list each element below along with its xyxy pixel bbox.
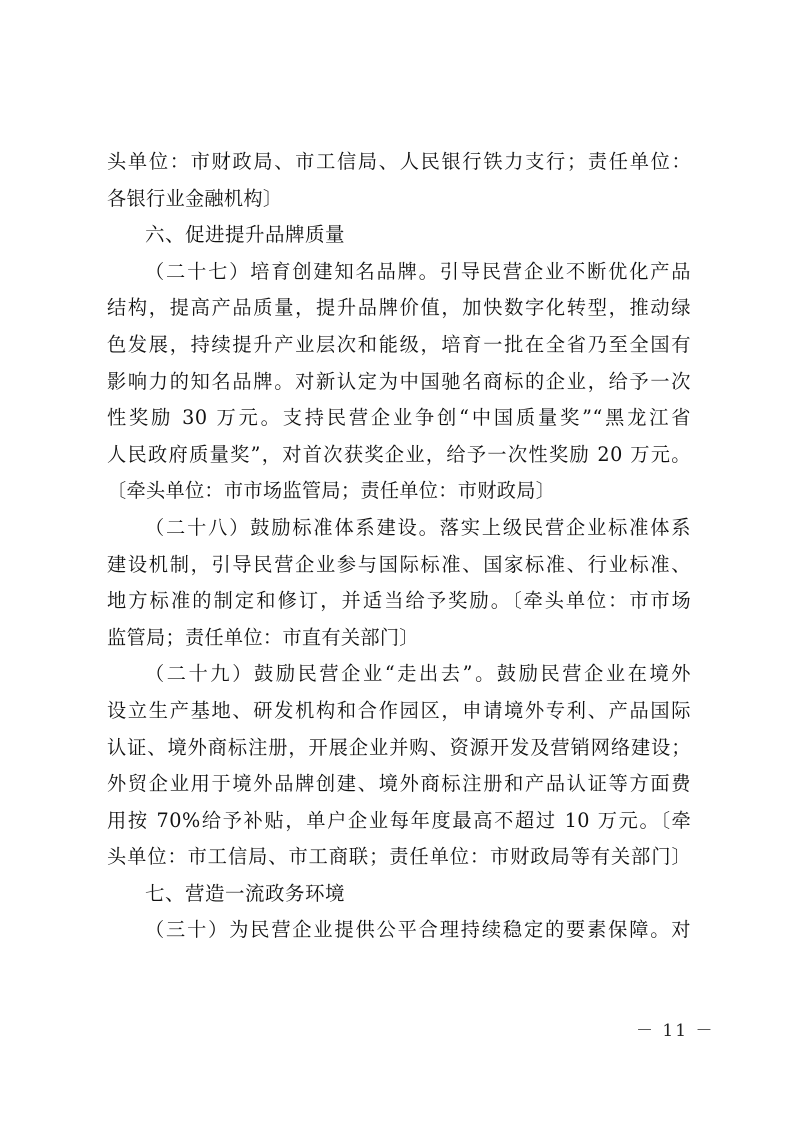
heading-text: 七、营造一流政务环境 [145,882,345,905]
responsible-units: 头单位：市财政局、市工信局、人民银行铁力支行；责任单位： [107,150,691,173]
paragraph-27-line: 影响力的知名品牌。对新认定为中国驰名商标的企业，给予一次 [107,364,691,401]
body-text: （二十九）鼓励民营企业“走出去”。鼓励民营企业在境外 [145,662,691,685]
text-line: 各银行业金融机构〕 [107,181,691,218]
paragraph-28-units: 监管局；责任单位：市直有关部门〕 [107,620,691,657]
paragraph-28-line: 地方标准的制定和修订，并适当给予奖励。〔牵头单位：市市场 [107,583,691,620]
paragraph-29-units: 头单位：市工信局、市工商联；责任单位：市财政局等有关部门〕 [107,839,691,876]
document-page: 头单位：市财政局、市工信局、人民银行铁力支行；责任单位： 各银行业金融机构〕 六… [107,144,691,949]
responsible-units: 监管局；责任单位：市直有关部门〕 [107,626,419,649]
responsible-units: 〔牵头单位：市市场 [512,589,691,612]
responsible-units: 〔牵 [660,809,691,832]
body-text: 用按 70%给予补贴，单户企业每年度最高不超过 10 万元。 [107,809,660,832]
body-text: 设立生产基地、研发机构和合作园区，申请境外专利、产品国际 [107,699,691,722]
body-text: （二十七）培育创建知名品牌。引导民营企业不断优化产品 [145,260,691,283]
paragraph-29-line: 用按 70%给予补贴，单户企业每年度最高不超过 10 万元。〔牵 [107,803,691,840]
paragraph-29-line: 认证、境外商标注册，开展企业并购、资源开发及营销网络建设； [107,730,691,767]
paragraph-30-line: （三十）为民营企业提供公平合理持续稳定的要素保障。对 [107,912,691,949]
responsible-units: 〔牵头单位：市市场监管局；责任单位：市财政局〕 [107,479,555,502]
body-text: 影响力的知名品牌。对新认定为中国驰名商标的企业，给予一次 [107,370,691,393]
responsible-units: 各银行业金融机构〕 [107,187,282,210]
paragraph-27-line: 性奖励 30 万元。支持民营企业争创“中国质量奖”“黑龙江省 [107,400,691,437]
heading-text: 六、促进提升品牌质量 [145,223,345,246]
page-number: － 11 － [636,1016,714,1041]
body-text: 认证、境外商标注册，开展企业并购、资源开发及营销网络建设； [107,736,691,759]
body-text: 性奖励 30 万元。支持民营企业争创“中国质量奖”“黑龙江省 [107,406,691,429]
body-text: 结构，提高产品质量，提升品牌价值，加快数字化转型，推动绿 [107,296,691,319]
body-text: 人民政府质量奖”，对首次获奖企业，给予一次性奖励 20 万元。 [107,443,691,466]
paragraph-29-line: （二十九）鼓励民营企业“走出去”。鼓励民营企业在境外 [107,656,691,693]
body-text: （二十八）鼓励标准体系建设。落实上级民营企业标准体系 [145,516,691,539]
paragraph-27-line: （二十七）培育创建知名品牌。引导民营企业不断优化产品 [107,254,691,291]
paragraph-29-line: 外贸企业用于境外品牌创建、境外商标注册和产品认证等方面费 [107,766,691,803]
responsible-units: 头单位：市工信局、市工商联；责任单位：市财政局等有关部门〕 [107,845,691,868]
section-heading-7: 七、营造一流政务环境 [107,876,691,913]
paragraph-29-line: 设立生产基地、研发机构和合作园区，申请境外专利、产品国际 [107,693,691,730]
paragraph-27-line: 人民政府质量奖”，对首次获奖企业，给予一次性奖励 20 万元。 [107,437,691,474]
section-heading-6: 六、促进提升品牌质量 [107,217,691,254]
paragraph-27-line: 色发展，持续提升产业层次和能级，培育一批在全省乃至全国有 [107,327,691,364]
paragraph-27-line: 结构，提高产品质量，提升品牌价值，加快数字化转型，推动绿 [107,290,691,327]
body-text: 外贸企业用于境外品牌创建、境外商标注册和产品认证等方面费 [107,772,691,795]
paragraph-28-line: 建设机制，引导民营企业参与国际标准、国家标准、行业标准、 [107,547,691,584]
body-text: （三十）为民营企业提供公平合理持续稳定的要素保障。对 [145,918,691,941]
body-text: 建设机制，引导民营企业参与国际标准、国家标准、行业标准、 [107,553,691,576]
paragraph-28-line: （二十八）鼓励标准体系建设。落实上级民营企业标准体系 [107,510,691,547]
text-line: 头单位：市财政局、市工信局、人民银行铁力支行；责任单位： [107,144,691,181]
body-text: 地方标准的制定和修订，并适当给予奖励。 [107,589,512,612]
paragraph-27-units: 〔牵头单位：市市场监管局；责任单位：市财政局〕 [107,473,691,510]
body-text: 色发展，持续提升产业层次和能级，培育一批在全省乃至全国有 [107,333,691,356]
